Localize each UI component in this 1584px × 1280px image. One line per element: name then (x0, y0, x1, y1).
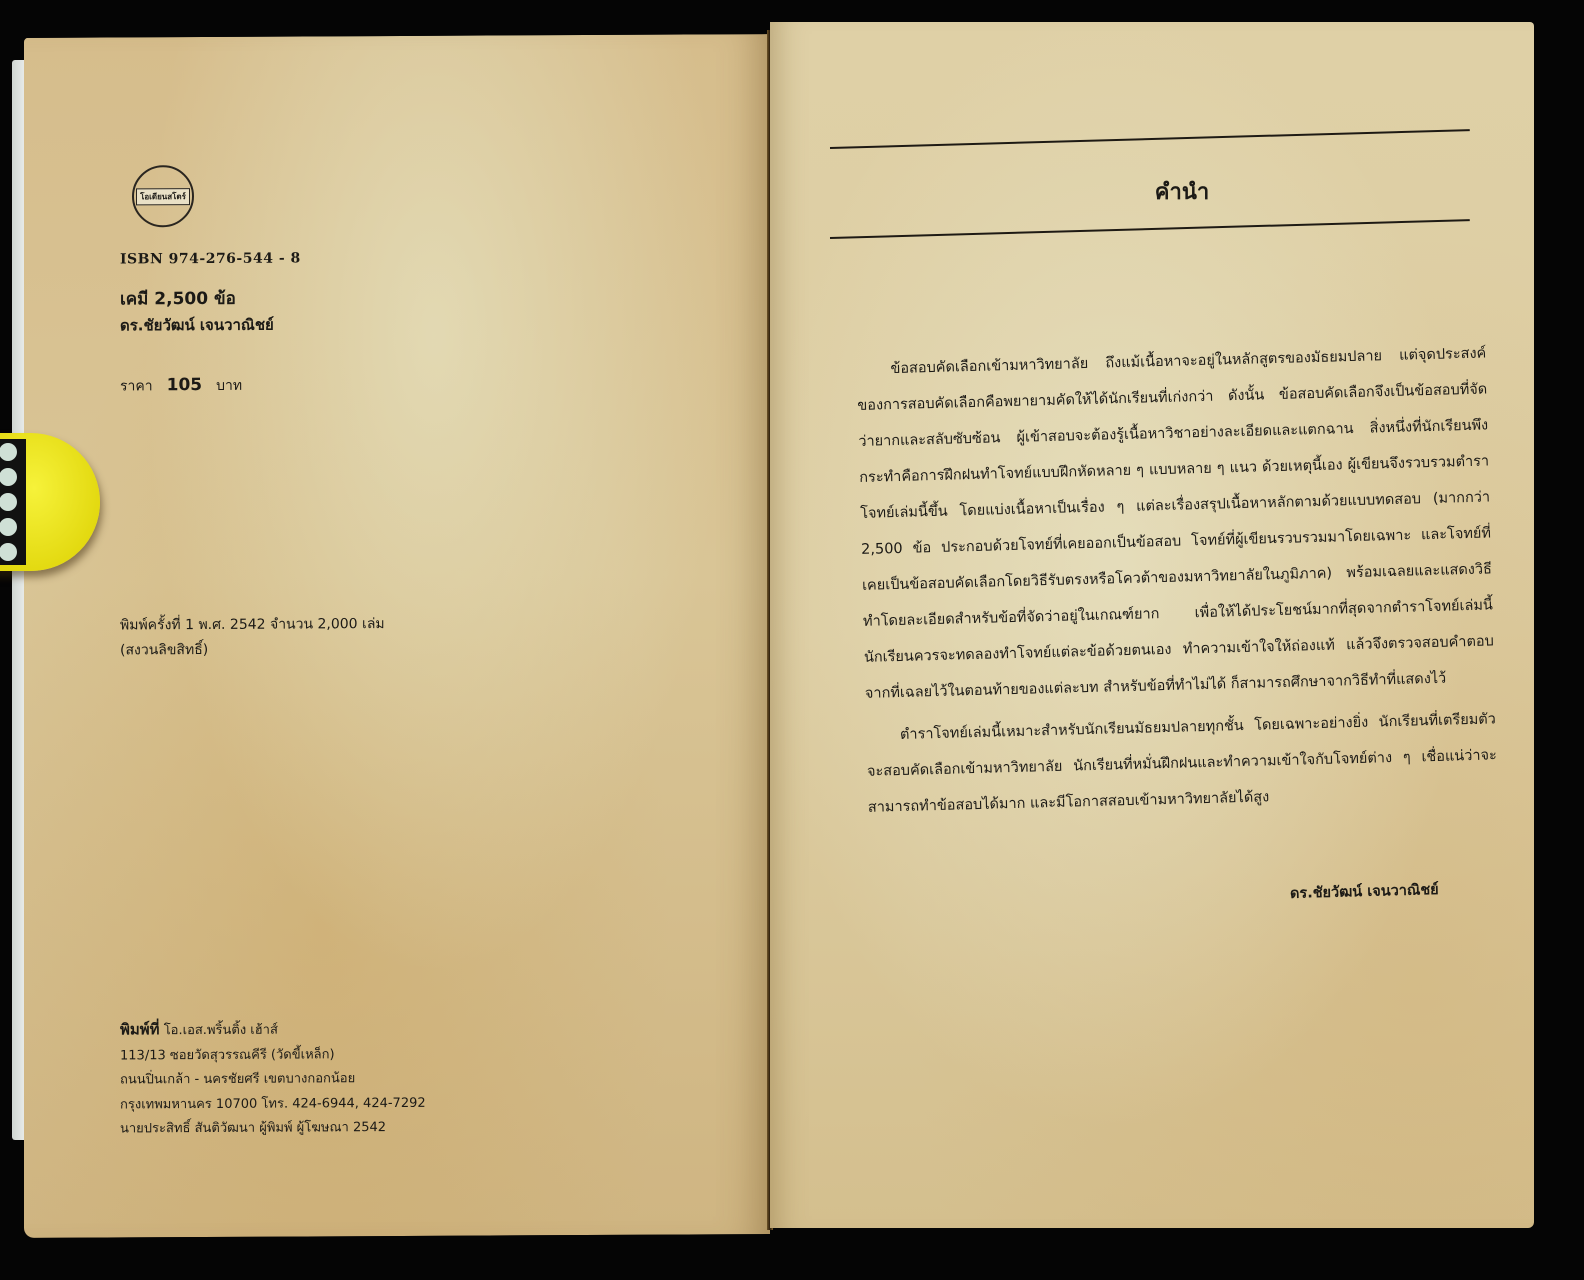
printer-line: พิมพ์ที่ โอ.เอส.พริ้นติ้ง เฮ้าส์ (120, 1016, 426, 1044)
heading-rule-top (830, 129, 1470, 149)
edition-info: พิมพ์ครั้งที่ 1 พ.ศ. 2542 จำนวน 2,000 เล… (120, 612, 385, 663)
printer-name: โอ.เอส.พริ้นติ้ง เฮ้าส์ (164, 1023, 278, 1039)
printer-address-line: 113/13 ซอยวัดสุวรรณคีรี (วัดขี้เหล็ก) (120, 1042, 426, 1068)
preface-paragraph: ข้อสอบคัดเลือกเข้ามหาวิทยาลัย ถึงแม้เนื้… (856, 336, 1495, 712)
author-name: ดร.ชัยวัฒน์ เจนวาณิชย์ (120, 313, 274, 338)
printer-label: พิมพ์ที่ (120, 1020, 160, 1038)
preface-body: ข้อสอบคัดเลือกเข้ามหาวิทยาลัย ถึงแม้เนื้… (856, 336, 1498, 832)
printer-address-line: ถนนปิ่นเกล้า - นครชัยศรี เขตบางกอกน้อย (120, 1067, 426, 1093)
publisher-logo-text: โอเดียนสโตร์ (136, 188, 190, 205)
price-value: 105 (167, 375, 203, 395)
copyright-notice: (สงวนลิขสิทธิ์) (120, 637, 385, 663)
printer-address-line: กรุงเทพมหานคร 10700 โทร. 424-6944, 424-7… (120, 1091, 426, 1117)
price: ราคา105บาท (120, 375, 242, 398)
price-unit: บาท (216, 378, 242, 394)
right-page-preface: คำนำ ข้อสอบคัดเลือกเข้ามหาวิทยาลัย ถึงแม… (770, 22, 1534, 1228)
heading-rule-bottom (830, 219, 1470, 239)
clip-dot (0, 493, 17, 511)
preface-heading: คำนำ (770, 174, 1534, 209)
left-page-copyright: โอเดียนสโตร์ ISBN 974-276-544 - 8 เคมี 2… (24, 34, 770, 1238)
clip-dot (0, 518, 17, 536)
printer-address-line: นายประสิทธิ์ สันติวัฒนา ผู้พิมพ์ ผู้โฆษณ… (120, 1116, 426, 1142)
isbn: ISBN 974-276-544 - 8 (120, 251, 301, 268)
preface-paragraph: ตำราโจทย์เล่มนี้เหมาะสำหรับนักเรียนมัธยม… (866, 701, 1499, 825)
printer-info: พิมพ์ที่ โอ.เอส.พริ้นติ้ง เฮ้าส์ 113/13 … (120, 1016, 426, 1142)
book-title: เคมี 2,500 ข้อ (120, 285, 236, 313)
clip-dot (0, 468, 17, 486)
edition-line: พิมพ์ครั้งที่ 1 พ.ศ. 2542 จำนวน 2,000 เล… (120, 612, 385, 638)
price-label: ราคา (120, 378, 153, 394)
clip-dot (0, 543, 17, 561)
clip-dot-strip (0, 439, 26, 565)
preface-signature: ดร.ชัยวัฒน์ เจนวาณิชย์ (1290, 878, 1439, 905)
clip-dot (0, 443, 17, 461)
publisher-seal-icon: โอเดียนสโตร์ (132, 165, 194, 227)
